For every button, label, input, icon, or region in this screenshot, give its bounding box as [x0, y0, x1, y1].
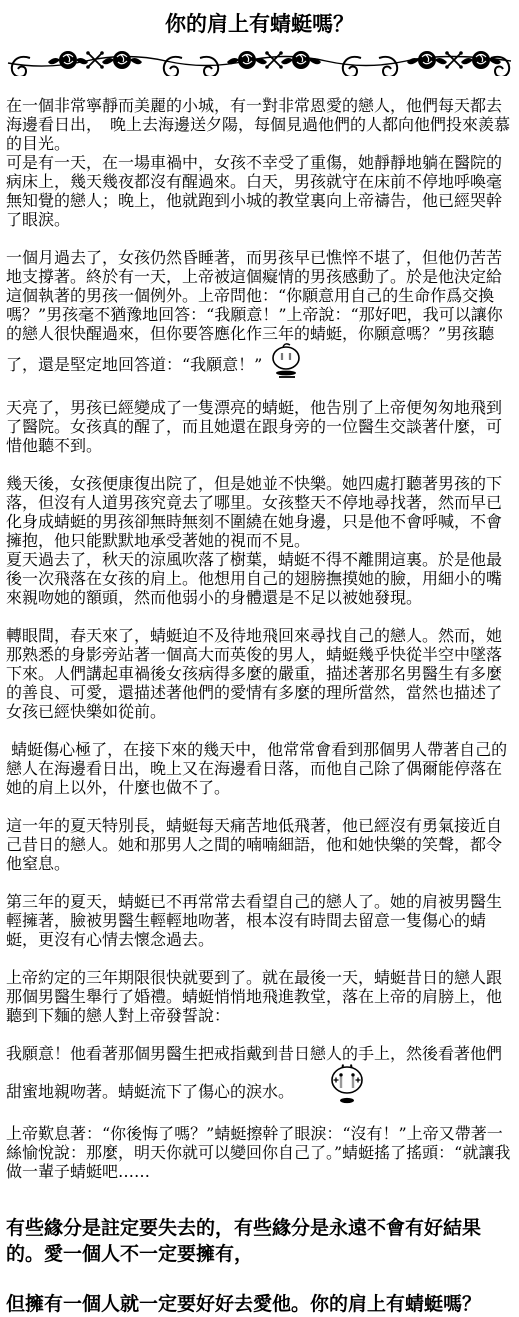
story-body: 在一個非常寧靜而美麗的小城，有一對非常恩愛的戀人，他們每天都去海邊看日出， 晚上… — [6, 96, 513, 1317]
story-paragraph: 轉眼間，春天來了，蜻蜓迫不及待地飛回來尋找自己的戀人。然而，她那熟悉的身影旁站著… — [6, 626, 513, 721]
paragraph-block: 這一年的夏天特別長，蜻蜓每天痛苦地低飛著，他已經沒有勇氣接近自己昔日的戀人。她和… — [6, 816, 513, 873]
story-paragraph: 可是有一天，在一場車禍中，女孩不幸受了重傷，她靜靜地躺在醫院的病床上，幾天幾夜都… — [6, 153, 513, 229]
paragraph-block: 蜻蜓傷心極了，在接下來的幾天中，他常常會看到那個男人帶著自己的戀人在海邊看日出，… — [6, 740, 513, 797]
story-paragraph: 一個月過去了，女孩仍然昏睡著，而男孩早已憔悴不堪了，但他仍苦苦地支撐著。終於有一… — [6, 248, 513, 379]
paragraph-text: 蜻蜓傷心極了，在接下來的幾天中，他常常會看到那個男人帶著自己的戀人在海邊看日出，… — [6, 740, 507, 797]
rose-vine-divider — [6, 44, 513, 80]
moral-line-2: 但擁有一個人就一定要好好去愛他。你的肩上有蜻蜓嗎？ — [6, 1291, 513, 1317]
story-paragraph: 幾天後，女孩便康復出院了，但是她並不快樂。她四處打聽著男孩的下落，但沒有人道男孩… — [6, 474, 513, 550]
paragraph-block: 轉眼間，春天來了，蜻蜓迫不及待地飛回來尋找自己的戀人。然而，她那熟悉的身影旁站著… — [6, 626, 513, 721]
paragraph-text: 轉眼間，春天來了，蜻蜓迫不及待地飛回來尋找自己的戀人。然而，她那熟悉的身影旁站著… — [6, 626, 502, 721]
crying-blob-emoticon — [270, 343, 304, 379]
paragraph-block: 天亮了，男孩已經變成了一隻漂亮的蜻蜓，他告別了上帝便匆匆地飛到了醫院。女孩真的醒… — [6, 398, 513, 455]
moral-block: 但擁有一個人就一定要好好去愛他。你的肩上有蜻蜓嗎？ — [6, 1291, 513, 1317]
story-paragraph: 蜻蜓傷心極了，在接下來的幾天中，他常常會看到那個男人帶著自己的戀人在海邊看日出，… — [6, 740, 513, 797]
story-paragraph: 第三年的夏天，蜻蜓已不再常常去看望自己的戀人了。她的肩被男醫生輕擁著，臉被男醫生… — [6, 892, 513, 949]
paragraph-text: 上帝約定的三年期限很快就要到了。就在最後一天，蜻蜓昔日的戀人跟那個男醫生舉行了婚… — [6, 968, 502, 1025]
teary-face-emoticon — [328, 1063, 366, 1105]
paragraph-block: 上帝歎息著：“你後悔了嗎？”蜻蜓擦幹了眼淚：“沒有！”上帝又帶著一絲愉悅說：那麼… — [6, 1124, 513, 1181]
paragraph-text: 幾天後，女孩便康復出院了，但是她並不快樂。她四處打聽著男孩的下落，但沒有人道男孩… — [6, 474, 502, 550]
story-paragraph: 上帝約定的三年期限很快就要到了。就在最後一天，蜻蜓昔日的戀人跟那個男醫生舉行了婚… — [6, 968, 513, 1025]
paragraph-text: 上帝歎息著：“你後悔了嗎？”蜻蜓擦幹了眼淚：“沒有！”上帝又帶著一絲愉悅說：那麼… — [6, 1124, 510, 1181]
paragraph-text: 夏天過去了，秋天的涼風吹落了樹葉，蜻蜓不得不離開這裏。於是他最後一次飛落在女孩的… — [6, 550, 502, 607]
moral-line-1: 有些緣分是註定要失去的，有些緣分是永遠不會有好結果的。愛一個人不一定要擁有， — [6, 1215, 513, 1267]
story-paragraph: 這一年的夏天特別長，蜻蜓每天痛苦地低飛著，他已經沒有勇氣接近自己昔日的戀人。她和… — [6, 816, 513, 873]
story-paragraph: 在一個非常寧靜而美麗的小城，有一對非常恩愛的戀人，他們每天都去海邊看日出， 晚上… — [6, 96, 513, 153]
paragraph-text: 第三年的夏天，蜻蜓已不再常常去看望自己的戀人了。她的肩被男醫生輕擁著，臉被男醫生… — [6, 892, 502, 949]
paragraph-block: 一個月過去了，女孩仍然昏睡著，而男孩早已憔悴不堪了，但他仍苦苦地支撐著。終於有一… — [6, 248, 513, 379]
story-page: 你的肩上有蜻蜓嗎？ — [0, 12, 519, 1317]
moral-block: 有些緣分是註定要失去的，有些緣分是永遠不會有好結果的。愛一個人不一定要擁有， — [6, 1215, 513, 1267]
story-paragraph: 我願意！他看著那個男醫生把戒指戴到昔日戀人的手上，然後看著他們甜蜜地親吻著。蜻蜓… — [6, 1044, 513, 1105]
paragraph-text: 在一個非常寧靜而美麗的小城，有一對非常恩愛的戀人，他們每天都去海邊看日出， 晚上… — [6, 96, 510, 153]
paragraph-block: 幾天後，女孩便康復出院了，但是她並不快樂。她四處打聽著男孩的下落，但沒有人道男孩… — [6, 474, 513, 607]
story-paragraph: 夏天過去了，秋天的涼風吹落了樹葉，蜻蜓不得不離開這裏。於是他最後一次飛落在女孩的… — [6, 550, 513, 607]
paragraph-text: 這一年的夏天特別長，蜻蜓每天痛苦地低飛著，他已經沒有勇氣接近自己昔日的戀人。她和… — [6, 816, 502, 873]
paragraph-block: 在一個非常寧靜而美麗的小城，有一對非常恩愛的戀人，他們每天都去海邊看日出， 晚上… — [6, 96, 513, 229]
paragraph-block: 上帝約定的三年期限很快就要到了。就在最後一天，蜻蜓昔日的戀人跟那個男醫生舉行了婚… — [6, 968, 513, 1025]
paragraph-text: 一個月過去了，女孩仍然昏睡著，而男孩早已憔悴不堪了，但他仍苦苦地支撐著。終於有一… — [6, 248, 503, 374]
paragraph-text: 天亮了，男孩已經變成了一隻漂亮的蜻蜓，他告別了上帝便匆匆地飛到了醫院。女孩真的醒… — [6, 398, 502, 455]
story-paragraph: 天亮了，男孩已經變成了一隻漂亮的蜻蜓，他告別了上帝便匆匆地飛到了醫院。女孩真的醒… — [6, 398, 513, 455]
paragraph-text: 可是有一天，在一場車禍中，女孩不幸受了重傷，她靜靜地躺在醫院的病床上，幾天幾夜都… — [6, 153, 502, 229]
page-title: 你的肩上有蜻蜓嗎？ — [6, 12, 513, 36]
paragraph-block: 我願意！他看著那個男醫生把戒指戴到昔日戀人的手上，然後看著他們甜蜜地親吻著。蜻蜓… — [6, 1044, 513, 1105]
rose-vine-ornament-graphic — [6, 44, 513, 76]
paragraph-block: 第三年的夏天，蜻蜓已不再常常去看望自己的戀人了。她的肩被男醫生輕擁著，臉被男醫生… — [6, 892, 513, 949]
story-paragraph: 上帝歎息著：“你後悔了嗎？”蜻蜓擦幹了眼淚：“沒有！”上帝又帶著一絲愉悅說：那麼… — [6, 1124, 513, 1181]
paragraph-text: 我願意！他看著那個男醫生把戒指戴到昔日戀人的手上，然後看著他們甜蜜地親吻著。蜻蜓… — [6, 1044, 502, 1101]
